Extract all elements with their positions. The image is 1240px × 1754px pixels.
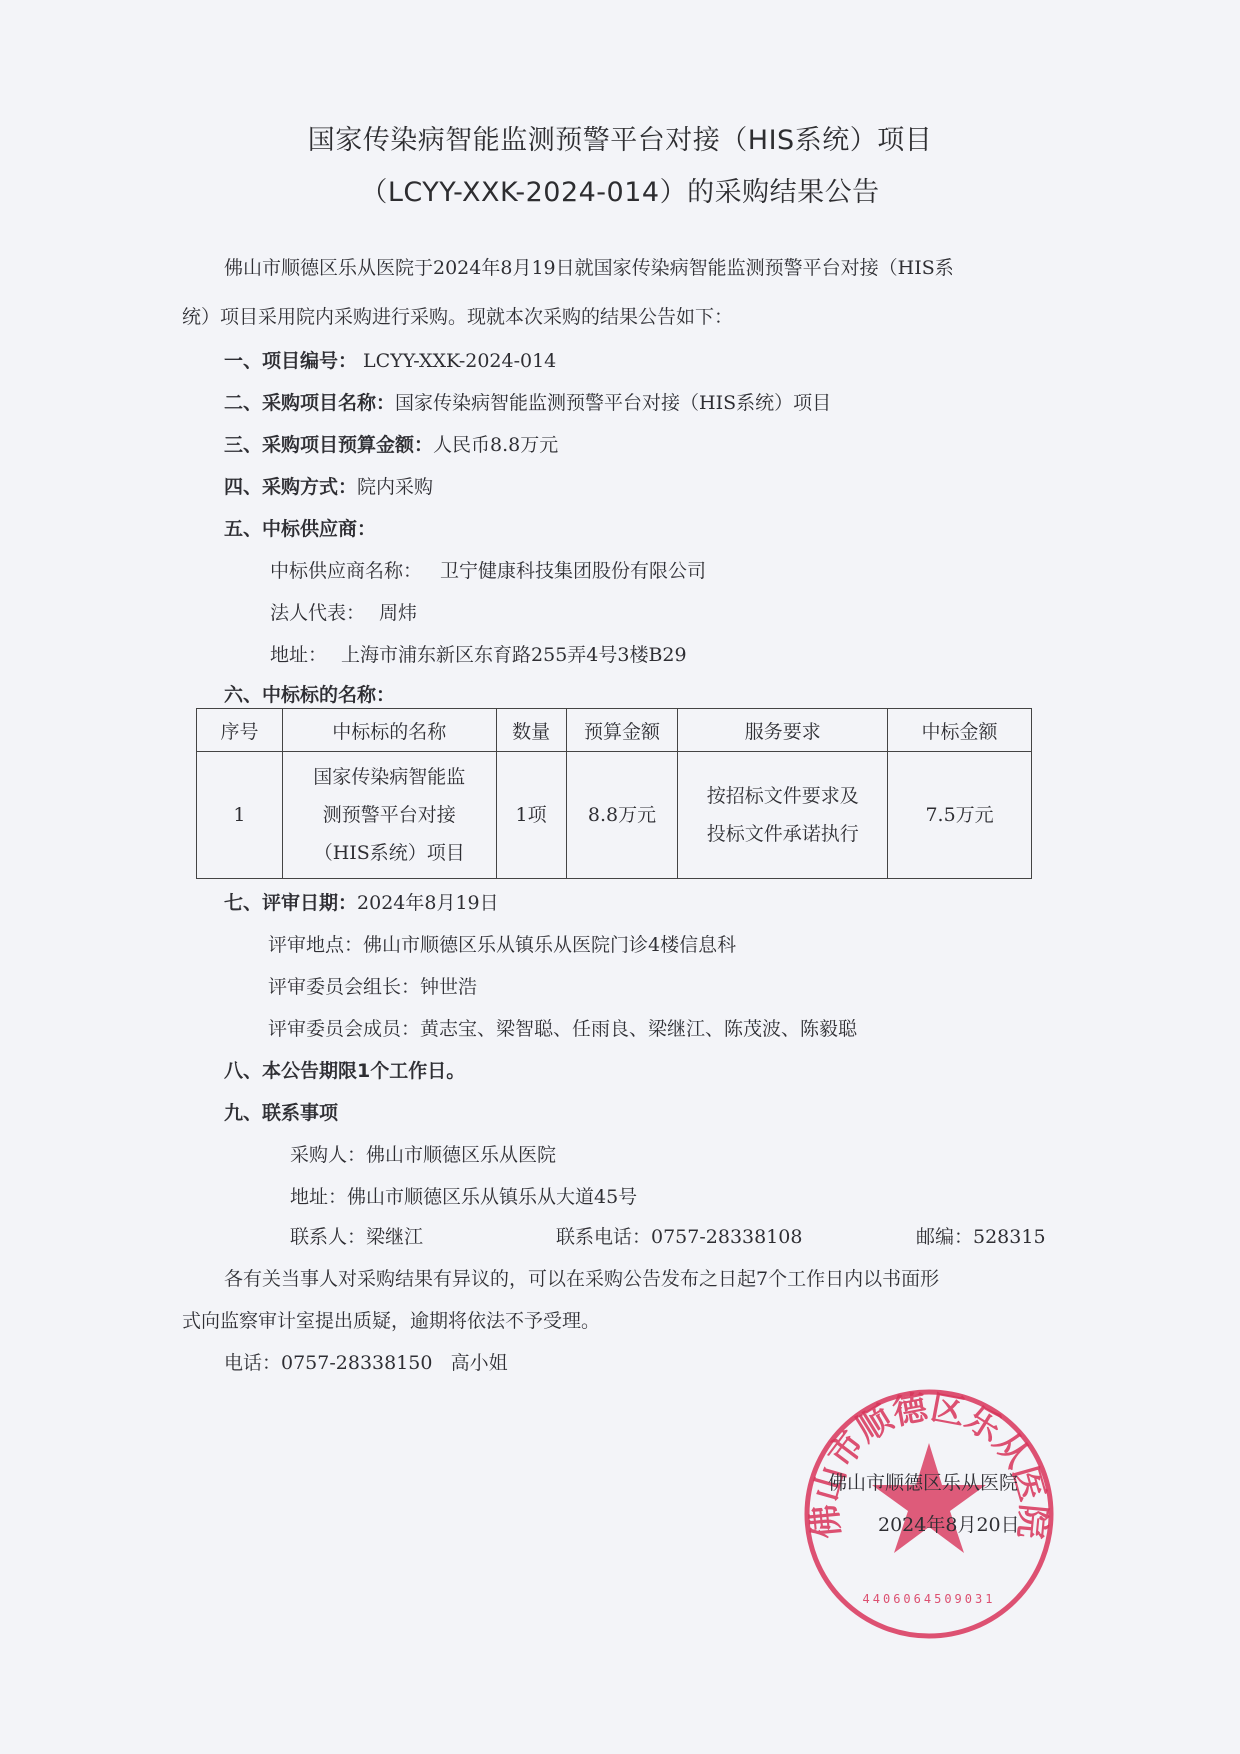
supplier-rep-value: 周炜 [379,602,417,624]
announcement-period: 八、本公告期限1个工作日。 [224,1056,465,1083]
award-table: 序号 中标标的名称 数量 预算金额 服务要求 中标金额 1 国家传染病智能监 测… [196,708,1032,879]
signature-date: 2024年8月20日 [878,1510,1020,1537]
cell-quantity: 1项 [496,752,566,879]
objection-line2: 式向监察审计室提出质疑，逾期将依法不予受理。 [182,1306,600,1333]
project-budget: 三、采购项目预算金额：人民币8.8万元 [224,430,558,457]
project-number-value: LCYY-XXK-2024-014 [357,350,556,372]
header-item-name: 中标标的名称 [282,709,496,752]
review-date: 七、评审日期：2024年8月19日 [224,888,499,915]
supplier-representative: 法人代表：周炜 [270,598,417,625]
procurement-method-value: 院内采购 [357,476,433,498]
review-date-value: 2024年8月19日 [357,892,499,914]
cell-budget: 8.8万元 [566,752,678,879]
project-name: 二、采购项目名称：国家传染病智能监测预警平台对接（HIS系统）项目 [224,388,831,415]
project-number-label: 一、项目编号： [224,350,357,372]
review-members: 评审委员会成员：黄志宝、梁智聪、任雨良、梁继江、陈茂波、陈毅聪 [268,1014,857,1041]
contact-address: 地址：佛山市顺德区乐从镇乐从大道45号 [290,1182,637,1209]
award-items-heading: 六、中标标的名称： [224,680,395,707]
objection-line1: 各有关当事人对采购结果有异议的，可以在采购公告发布之日起7个工作日内以书面形 [224,1264,939,1291]
project-number: 一、项目编号： LCYY-XXK-2024-014 [224,346,556,373]
supplier-name: 中标供应商名称：卫宁健康科技集团股份有限公司 [270,556,706,583]
item-name-line: 测预警平台对接 [287,796,492,834]
supplier-name-label: 中标供应商名称： [270,560,422,582]
document-title-line2: （LCYY-XXK-2024-014）的采购结果公告 [0,170,1240,209]
supplier-addr-label: 地址： [270,644,327,666]
supplier-address: 地址：上海市浦东新区东育路255弄4号3楼B29 [270,640,687,667]
document-page: 国家传染病智能监测预警平台对接（HIS系统）项目 （LCYY-XXK-2024-… [0,0,1240,1754]
supplier-heading: 五、中标供应商： [224,514,376,541]
review-leader: 评审委员会组长：钟世浩 [268,972,477,999]
supplier-name-value: 卫宁健康科技集团股份有限公司 [440,560,706,582]
objection-phone: 电话：0757-28338150 高小姐 [224,1348,508,1375]
cell-service: 按招标文件要求及 投标文件承诺执行 [678,752,888,879]
svg-text:4406064509031: 4406064509031 [863,1592,996,1606]
contact-heading: 九、联系事项 [224,1098,338,1125]
service-line: 投标文件承诺执行 [682,815,883,853]
table-row: 1 国家传染病智能监 测预警平台对接 （HIS系统）项目 1项 8.8万元 按招… [197,752,1032,879]
header-quantity: 数量 [496,709,566,752]
project-name-label: 二、采购项目名称： [224,392,395,414]
intro-line1: 佛山市顺德区乐从医院于2024年8月19日就国家传染病智能监测预警平台对接（HI… [224,253,954,280]
contact-person: 联系人：梁继江 [290,1222,423,1249]
project-name-value: 国家传染病智能监测预警平台对接（HIS系统）项目 [395,392,831,414]
award-table-header-row: 序号 中标标的名称 数量 预算金额 服务要求 中标金额 [197,709,1032,752]
review-date-label: 七、评审日期： [224,892,357,914]
review-place: 评审地点：佛山市顺德区乐从镇乐从医院门诊4楼信息科 [268,930,736,957]
intro-line2: 统）项目采用院内采购进行采购。现就本次采购的结果公告如下： [182,302,733,329]
contact-phone: 联系电话：0757-28338108 [556,1222,802,1249]
project-budget-value: 人民币8.8万元 [433,434,558,456]
signature-organization: 佛山市顺德区乐从医院 [828,1468,1018,1495]
item-name-line: （HIS系统）项目 [287,834,492,872]
service-line: 按招标文件要求及 [682,777,883,815]
project-budget-label: 三、采购项目预算金额： [224,434,433,456]
supplier-rep-label: 法人代表： [270,602,365,624]
header-no: 序号 [197,709,283,752]
contact-postcode: 邮编：528315 [916,1222,1046,1249]
procurement-method: 四、采购方式：院内采购 [224,472,433,499]
document-title-line1: 国家传染病智能监测预警平台对接（HIS系统）项目 [0,118,1240,157]
item-name-line: 国家传染病智能监 [287,758,492,796]
header-service: 服务要求 [678,709,888,752]
supplier-addr-value: 上海市浦东新区东育路255弄4号3楼B29 [341,644,687,666]
cell-award-amount: 7.5万元 [888,752,1032,879]
cell-item-name: 国家传染病智能监 测预警平台对接 （HIS系统）项目 [282,752,496,879]
procurement-method-label: 四、采购方式： [224,476,357,498]
cell-no: 1 [197,752,283,879]
contact-buyer: 采购人：佛山市顺德区乐从医院 [290,1140,556,1167]
header-budget: 预算金额 [566,709,678,752]
header-award-amount: 中标金额 [888,709,1032,752]
